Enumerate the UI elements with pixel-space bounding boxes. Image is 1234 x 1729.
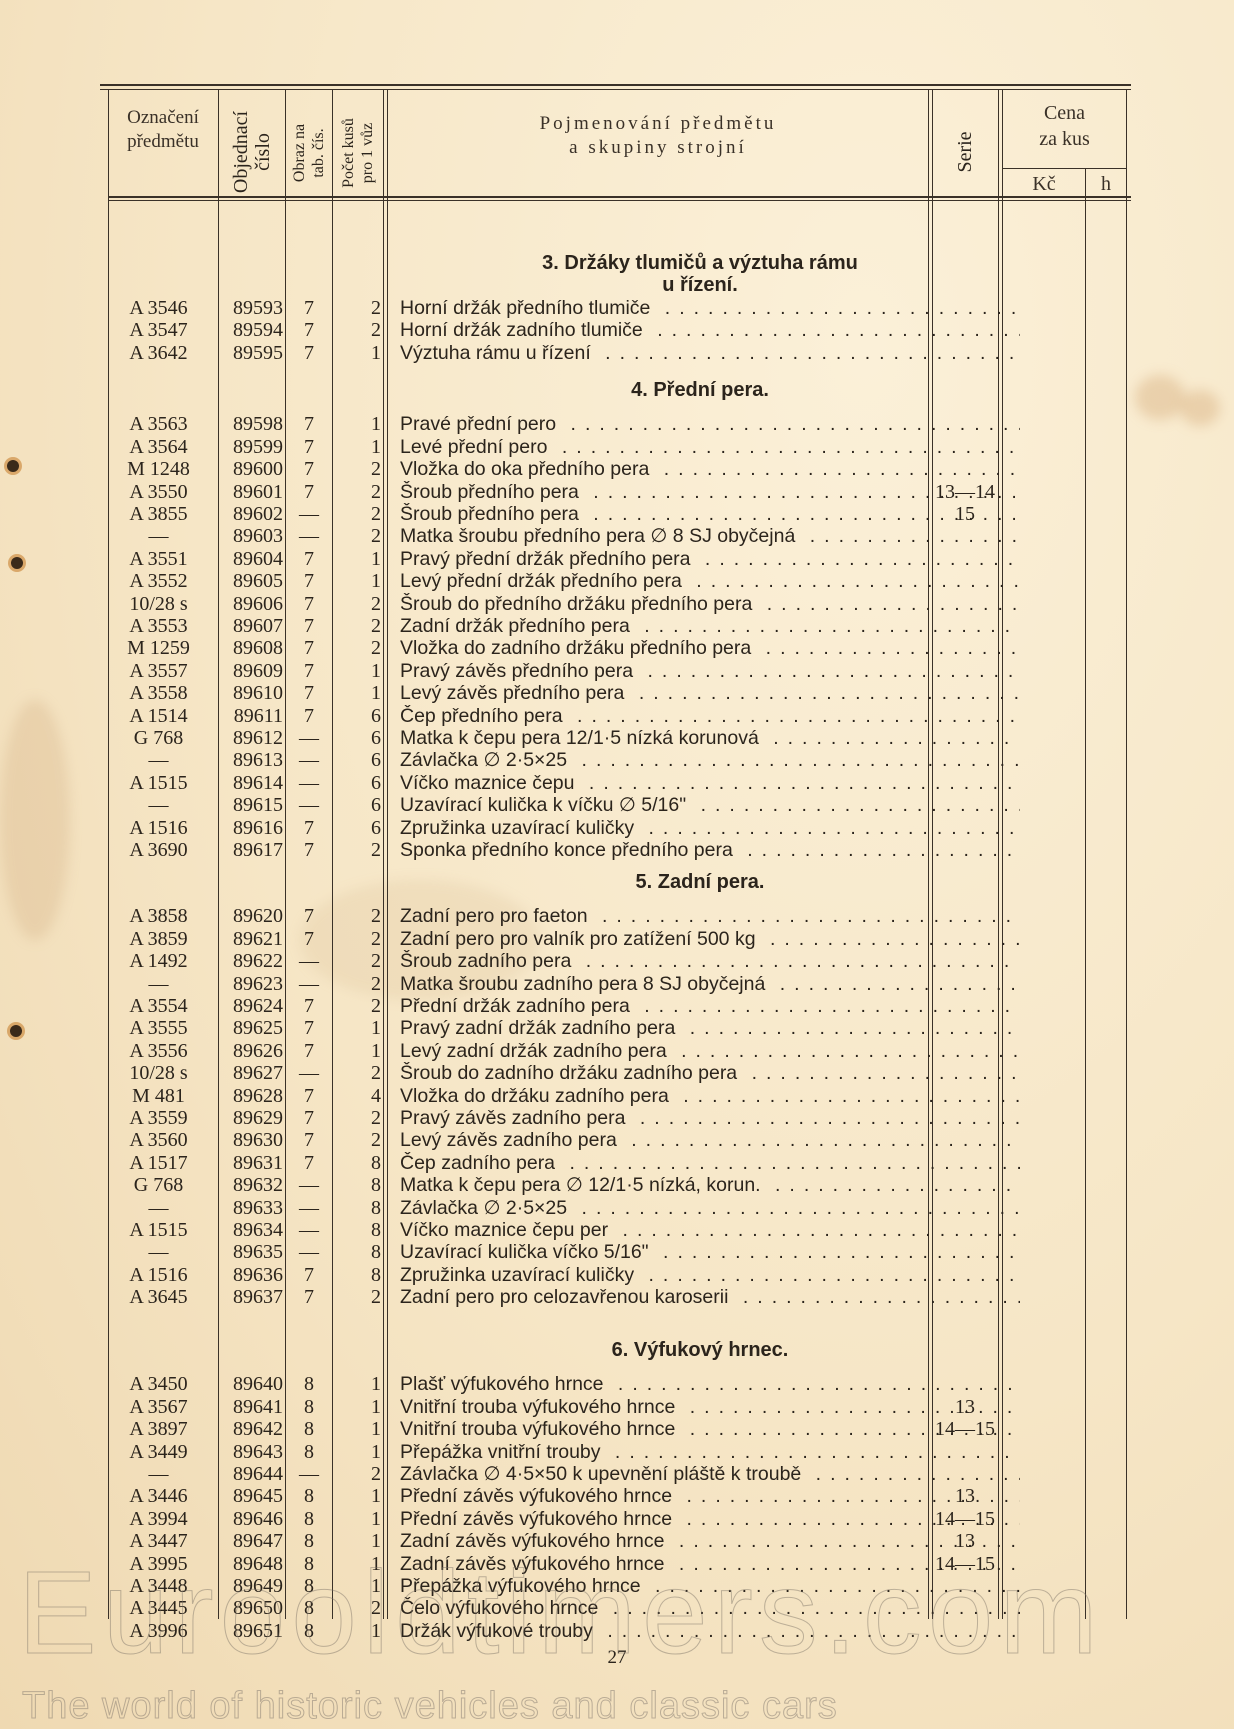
quantity: 1 xyxy=(333,1040,381,1062)
quantity: 2 xyxy=(333,905,381,927)
leader-dots: ........................................… xyxy=(761,1174,1020,1196)
figure-number: — xyxy=(285,749,333,771)
part-code: A 3563 xyxy=(100,413,217,435)
order-number: 89617 xyxy=(217,839,283,861)
figure-number: 7 xyxy=(285,928,333,950)
part-code: A 3897 xyxy=(100,1418,217,1440)
part-code: A 1515 xyxy=(100,1219,217,1241)
quantity: 8 xyxy=(333,1152,381,1174)
leader-dots: ........................................… xyxy=(667,1040,1020,1062)
part-name: Pravý přední držák předního pera .......… xyxy=(400,548,1020,570)
part-name-text: Pravý závěs zadního pera xyxy=(400,1107,625,1129)
order-number: 89636 xyxy=(217,1264,283,1286)
table-row: A 36428959571Výztuha rámu u řízení .....… xyxy=(100,342,1131,364)
figure-number: 8 xyxy=(285,1508,333,1530)
header-order-line2: číslo xyxy=(252,102,274,202)
top-rule xyxy=(100,89,1131,90)
part-name: Levé přední pero .......................… xyxy=(400,436,1020,458)
part-name: Šroub předního pera ....................… xyxy=(400,503,1020,525)
leader-dots: ........................................… xyxy=(588,905,1020,927)
leader-dots: ........................................… xyxy=(686,794,1020,816)
paper-stain xyxy=(1180,390,1220,426)
part-name: Závlačka ∅ 4·5×50 k upevnění pláště k tr… xyxy=(400,1463,1020,1485)
order-number: 89594 xyxy=(217,319,283,341)
part-name: Šroub předního pera ....................… xyxy=(400,481,1020,503)
figure-number: 7 xyxy=(285,1107,333,1129)
table-row: A 35678964181Vnitřní trouba výfukového h… xyxy=(100,1396,1131,1418)
serie: 14—15 xyxy=(930,1418,1000,1440)
part-code: A 3994 xyxy=(100,1508,217,1530)
part-code: A 3550 xyxy=(100,481,217,503)
serie: 15 xyxy=(930,503,1000,525)
part-name: Pravý závěs předního pera ..............… xyxy=(400,660,1020,682)
part-name: Horní držák předního tlumiče ...........… xyxy=(400,297,1020,319)
part-name: Pravé přední pero ......................… xyxy=(400,413,1020,435)
part-name: Zadní pero pro celozavřenou karoserii ..… xyxy=(400,1286,1020,1308)
part-name: Zpružinka uzavírací kuličky ............… xyxy=(400,1264,1020,1286)
table-row: —89623—2Matka šroubu zadního pera 8 SJ o… xyxy=(100,973,1131,995)
serie: 14—15 xyxy=(930,1508,1000,1530)
quantity: 1 xyxy=(333,548,381,570)
section-title: 6. Výfukový hrnec. xyxy=(390,1339,1010,1361)
part-name-text: Přední závěs výfukového hrnce xyxy=(400,1485,672,1507)
part-name-text: Čep předního pera xyxy=(400,705,563,727)
table-row: —89635—8Uzavírací kulička víčko 5/16" ..… xyxy=(100,1241,1131,1263)
figure-number: 7 xyxy=(285,319,333,341)
figure-number: 7 xyxy=(285,705,333,727)
figure-number: 7 xyxy=(285,682,333,704)
part-name-text: Vnitřní trouba výfukového hrnce xyxy=(400,1418,675,1440)
order-number: 89604 xyxy=(217,548,283,570)
part-name-text: Šroub zadního pera xyxy=(400,950,571,972)
leader-dots: ........................................… xyxy=(630,615,1020,637)
order-number: 89641 xyxy=(217,1396,283,1418)
part-code: G 768 xyxy=(100,1174,217,1196)
header-figure-line1: Obraz na xyxy=(290,103,309,203)
figure-number: 7 xyxy=(285,637,333,659)
table-row: 10/28 s8960672Šroub do předního držáku p… xyxy=(100,593,1131,615)
table-row: A 35538960772Zadní držák předního pera .… xyxy=(100,615,1131,637)
part-code: M 1248 xyxy=(100,458,217,480)
part-name: Pravý zadní držák zadního pera .........… xyxy=(400,1017,1020,1039)
header-price-kc: Kč xyxy=(1003,172,1085,196)
leader-dots: ........................................… xyxy=(563,705,1020,727)
figure-number: — xyxy=(285,503,333,525)
figure-number: — xyxy=(285,973,333,995)
figure-number: 7 xyxy=(285,615,333,637)
part-name: Vložka do držáku zadního pera ..........… xyxy=(400,1085,1020,1107)
table-row: A 38598962172Zadní pero pro valník pro z… xyxy=(100,928,1131,950)
table-row: A 35548962472Přední držák zadního pera .… xyxy=(100,995,1131,1017)
part-code: A 3560 xyxy=(100,1129,217,1151)
table-row: A 35518960471Pravý přední držák předního… xyxy=(100,548,1131,570)
table-row: A 39948964681Přední závěs výfukového hrn… xyxy=(100,1508,1131,1530)
part-name-text: Levý závěs předního pera xyxy=(400,682,624,704)
part-code: A 3859 xyxy=(100,928,217,950)
part-name-text: Pravý závěs předního pera xyxy=(400,660,633,682)
part-name-text: Levé přední pero xyxy=(400,436,547,458)
leader-dots: ........................................… xyxy=(567,749,1020,771)
part-code: A 3450 xyxy=(100,1373,217,1395)
figure-number: 7 xyxy=(285,1286,333,1308)
order-number: 89629 xyxy=(217,1107,283,1129)
header-order-line1: Objednací xyxy=(230,102,252,202)
quantity: 2 xyxy=(333,928,381,950)
part-name: Zadní pero pro valník pro zatížení 500 k… xyxy=(400,928,1020,950)
section-title: 4. Přední pera. xyxy=(390,379,1010,401)
part-code: — xyxy=(100,794,217,816)
leader-dots: ........................................… xyxy=(649,1241,1020,1263)
part-code: A 3858 xyxy=(100,905,217,927)
punch-hole xyxy=(11,557,23,569)
order-number: 89630 xyxy=(217,1129,283,1151)
header-price-line1: Cena xyxy=(1003,100,1126,126)
quantity: 1 xyxy=(333,660,381,682)
part-name: Závlačka ∅ 2·5×25 ......................… xyxy=(400,1197,1020,1219)
part-name-text: Zadní pero pro celozavřenou karoserii xyxy=(400,1286,728,1308)
leader-dots: ........................................… xyxy=(617,1129,1020,1151)
part-code: A 3552 xyxy=(100,570,217,592)
part-code: — xyxy=(100,1241,217,1263)
leader-dots: ........................................… xyxy=(547,436,1020,458)
order-number: 89642 xyxy=(217,1418,283,1440)
order-number: 89643 xyxy=(217,1441,283,1463)
leader-dots: ........................................… xyxy=(733,839,1020,861)
part-name-text: Víčko maznice čepu per xyxy=(400,1219,608,1241)
order-number: 89622 xyxy=(217,950,283,972)
part-code: A 3690 xyxy=(100,839,217,861)
figure-number: 7 xyxy=(285,1152,333,1174)
table-row: A 35588961071Levý závěs předního pera ..… xyxy=(100,682,1131,704)
part-name: Levý přední držák předního pera ........… xyxy=(400,570,1020,592)
part-code: A 3449 xyxy=(100,1441,217,1463)
leader-dots: ........................................… xyxy=(765,973,1020,995)
part-name-text: Pravý přední držák předního pera xyxy=(400,548,691,570)
quantity: 2 xyxy=(333,481,381,503)
table-row: M 12488960072Vložka do oka předního pera… xyxy=(100,458,1131,480)
part-name: Výztuha rámu u řízení ..................… xyxy=(400,342,1020,364)
order-number: 89621 xyxy=(217,928,283,950)
order-number: 89609 xyxy=(217,660,283,682)
order-number: 89615 xyxy=(217,794,283,816)
part-name-text: Šroub do zadního držáku zadního pera xyxy=(400,1062,737,1084)
figure-number: 7 xyxy=(285,817,333,839)
leader-dots: ........................................… xyxy=(801,1463,1020,1485)
figure-number: 7 xyxy=(285,1017,333,1039)
part-code: A 3553 xyxy=(100,615,217,637)
price-subheader-rule xyxy=(1003,168,1126,169)
order-number: 89620 xyxy=(217,905,283,927)
quantity: 1 xyxy=(333,342,381,364)
part-name-text: Šroub do předního držáku předního pera xyxy=(400,593,752,615)
part-name-text: Vložka do oka předního pera xyxy=(400,458,649,480)
quantity: 2 xyxy=(333,1286,381,1308)
part-name-text: Levý závěs zadního pera xyxy=(400,1129,617,1151)
part-name-text: Plašť výfukového hrnce xyxy=(400,1373,604,1395)
figure-number: — xyxy=(285,1197,333,1219)
figure-number: — xyxy=(285,1241,333,1263)
figure-number: 7 xyxy=(285,436,333,458)
table-row: —89613—6Závlačka ∅ 2·5×25 ..............… xyxy=(100,749,1131,771)
figure-number: — xyxy=(285,794,333,816)
order-number: 89627 xyxy=(217,1062,283,1084)
part-code: A 1514 xyxy=(100,705,217,727)
part-name-text: Vnitřní trouba výfukového hrnce xyxy=(400,1396,675,1418)
part-code: A 3558 xyxy=(100,682,217,704)
part-code: M 481 xyxy=(100,1085,217,1107)
order-number: 89633 xyxy=(217,1197,283,1219)
order-number: 89603 xyxy=(217,525,283,547)
part-code: A 1516 xyxy=(100,1264,217,1286)
order-number: 89601 xyxy=(217,481,283,503)
order-number: 89611 xyxy=(217,705,283,727)
part-code: A 3557 xyxy=(100,660,217,682)
leader-dots: ........................................… xyxy=(728,1286,1020,1308)
header-qty-line1: Počet kusů xyxy=(339,103,358,203)
part-name: Zadní pero pro faeton ..................… xyxy=(400,905,1020,927)
table-row: A 35558962571Pravý zadní držák zadního p… xyxy=(100,1017,1131,1039)
quantity: 6 xyxy=(333,772,381,794)
part-code: 10/28 s xyxy=(100,593,217,615)
table-row: G 76889612—6Matka k čepu pera 12/1·5 níz… xyxy=(100,727,1131,749)
quantity: 2 xyxy=(333,1062,381,1084)
section-title: 3. Držáky tlumičů a výztuha rámuu řízení… xyxy=(390,252,1010,296)
part-name-text: Matka šroubu zadního pera 8 SJ obyčejná xyxy=(400,973,765,995)
figure-number: 7 xyxy=(285,297,333,319)
part-code: — xyxy=(100,525,217,547)
order-number: 89635 xyxy=(217,1241,283,1263)
part-name-text: Přepážka vnitřní trouby xyxy=(400,1441,601,1463)
figure-number: — xyxy=(285,727,333,749)
quantity: 2 xyxy=(333,950,381,972)
leader-dots: ........................................… xyxy=(604,1373,1020,1395)
header-serie-label: Serie xyxy=(952,102,978,202)
table-row: G 76889632—8Matka k čepu pera ∅ 12/1·5 n… xyxy=(100,1174,1131,1196)
part-name: Matka k čepu pera 12/1·5 nízká korunová … xyxy=(400,727,1020,749)
leader-dots: ........................................… xyxy=(555,1152,1020,1174)
order-number: 89626 xyxy=(217,1040,283,1062)
table-row: A 34468964581Přední závěs výfukového hrn… xyxy=(100,1485,1131,1507)
part-code: A 3546 xyxy=(100,297,217,319)
part-code: A 3446 xyxy=(100,1485,217,1507)
quantity: 8 xyxy=(333,1241,381,1263)
order-number: 89634 xyxy=(217,1219,283,1241)
table-row: —89633—8Závlačka ∅ 2·5×25 ..............… xyxy=(100,1197,1131,1219)
part-name: Přední závěs výfukového hrnce ..........… xyxy=(400,1508,1020,1530)
quantity: 6 xyxy=(333,794,381,816)
part-name-text: Závlačka ∅ 4·5×50 k upevnění pláště k tr… xyxy=(400,1463,801,1485)
table-row: A 385589602—2Šroub předního pera .......… xyxy=(100,503,1131,525)
quantity: 2 xyxy=(333,1129,381,1151)
quantity: 1 xyxy=(333,682,381,704)
quantity: 1 xyxy=(333,436,381,458)
part-code: A 3551 xyxy=(100,548,217,570)
quantity: 2 xyxy=(333,593,381,615)
table-row: —89615—6Uzavírací kulička k víčku ∅ 5/16… xyxy=(100,794,1131,816)
figure-number: 7 xyxy=(285,1085,333,1107)
figure-number: — xyxy=(285,525,333,547)
order-number: 89605 xyxy=(217,570,283,592)
watermark-tagline: The world of historic vehicles and class… xyxy=(22,1685,838,1728)
leader-dots: ........................................… xyxy=(759,727,1020,749)
header-price-line2: za kus xyxy=(1003,126,1126,152)
section-title-line: 4. Přední pera. xyxy=(390,379,1010,401)
table-row: —89603—2Matka šroubu předního pera ∅ 8 S… xyxy=(100,525,1131,547)
part-code: G 768 xyxy=(100,727,217,749)
order-number: 89628 xyxy=(217,1085,283,1107)
table-row: A 35478959472Horní držák zadního tlumiče… xyxy=(100,319,1131,341)
table-row: A 34508964081Plašť výfukového hrnce ....… xyxy=(100,1373,1131,1395)
order-number: 89593 xyxy=(217,297,283,319)
part-name-text: Uzavírací kulička víčko 5/16" xyxy=(400,1241,649,1263)
top-rule xyxy=(100,84,1131,86)
quantity: 1 xyxy=(333,413,381,435)
quantity: 2 xyxy=(333,525,381,547)
quantity: 1 xyxy=(333,1017,381,1039)
table-row: A 38978964281Vnitřní trouba výfukového h… xyxy=(100,1418,1131,1440)
table-row: A 35608963072Levý závěs zadního pera ...… xyxy=(100,1129,1131,1151)
header-order: Objednací číslo xyxy=(230,102,274,202)
table-row: A 151589634—8Víčko maznice čepu per ....… xyxy=(100,1219,1131,1241)
part-name: Zpružinka uzavírací kuličky ............… xyxy=(400,817,1020,839)
quantity: 6 xyxy=(333,705,381,727)
figure-number: 7 xyxy=(285,1040,333,1062)
quantity: 6 xyxy=(333,817,381,839)
leader-dots: ........................................… xyxy=(669,1085,1020,1107)
header-qty-line2: pro 1 vůz xyxy=(358,103,377,203)
table-row: A 34498964381Přepážka vnitřní trouby ...… xyxy=(100,1441,1131,1463)
part-name-text: Zadní držák předního pera xyxy=(400,615,630,637)
quantity: 1 xyxy=(333,1373,381,1395)
quantity: 2 xyxy=(333,615,381,637)
table-row: A 35598962972Pravý závěs zadního pera ..… xyxy=(100,1107,1131,1129)
table-row: A 35578960971Pravý závěs předního pera .… xyxy=(100,660,1131,682)
header-name-line2: a skupiny strojní xyxy=(388,136,928,160)
quantity: 8 xyxy=(333,1197,381,1219)
quantity: 8 xyxy=(333,1174,381,1196)
header-price-h: h xyxy=(1086,172,1126,196)
part-name: Vnitřní trouba výfukového hrnce ........… xyxy=(400,1418,1020,1440)
table-row: 10/28 s89627—2Šroub do zadního držáku za… xyxy=(100,1062,1131,1084)
leader-dots: ........................................… xyxy=(630,995,1020,1017)
table-row: A 36908961772Sponka předního konce předn… xyxy=(100,839,1131,861)
table-row: A 35468959372Horní držák předního tlumič… xyxy=(100,297,1131,319)
order-number: 89640 xyxy=(217,1373,283,1395)
part-name-text: Uzavírací kulička k víčku ∅ 5/16" xyxy=(400,794,686,816)
order-number: 89624 xyxy=(217,995,283,1017)
part-name-text: Zadní pero pro faeton xyxy=(400,905,588,927)
part-name: Sponka předního konce předního pera ....… xyxy=(400,839,1020,861)
punch-hole xyxy=(10,1025,22,1037)
quantity: 2 xyxy=(333,1463,381,1485)
section-title-line: 3. Držáky tlumičů a výztuha rámu xyxy=(390,252,1010,274)
table-row: A 151589614—6Víčko maznice čepu ........… xyxy=(100,772,1131,794)
part-code: 10/28 s xyxy=(100,1062,217,1084)
order-number: 89606 xyxy=(217,593,283,615)
part-name-text: Výztuha rámu u řízení xyxy=(400,342,591,364)
figure-number: 8 xyxy=(285,1418,333,1440)
table-row: —89644—2Závlačka ∅ 4·5×50 k upevnění plá… xyxy=(100,1463,1131,1485)
table-row: A 35508960172Šroub předního pera .......… xyxy=(100,481,1131,503)
part-name: Levý závěs předního pera ...............… xyxy=(400,682,1020,704)
leader-dots: ........................................… xyxy=(650,297,1020,319)
figure-number: 8 xyxy=(285,1396,333,1418)
quantity: 1 xyxy=(333,1418,381,1440)
part-name: Pravý závěs zadního pera ...............… xyxy=(400,1107,1020,1129)
figure-number: 7 xyxy=(285,660,333,682)
header-name: Pojmenování předmětu a skupiny strojní xyxy=(388,112,928,160)
part-name-text: Zadní pero pro valník pro zatížení 500 k… xyxy=(400,928,756,950)
order-number: 89637 xyxy=(217,1286,283,1308)
order-number: 89644 xyxy=(217,1463,283,1485)
quantity: 1 xyxy=(333,1396,381,1418)
part-name: Závlačka ∅ 2·5×25 ......................… xyxy=(400,749,1020,771)
part-name: Plašť výfukového hrnce .................… xyxy=(400,1373,1020,1395)
figure-number: 7 xyxy=(285,481,333,503)
table-row: A 15148961176Čep předního pera .........… xyxy=(100,705,1131,727)
table-row: A 35638959871Pravé přední pero .........… xyxy=(100,413,1131,435)
leader-dots: ........................................… xyxy=(634,817,1020,839)
part-name-text: Šroub předního pera xyxy=(400,503,579,525)
order-number: 89612 xyxy=(217,727,283,749)
part-code: A 3855 xyxy=(100,503,217,525)
part-name-text: Horní držák předního tlumiče xyxy=(400,297,650,319)
leader-dots: ........................................… xyxy=(691,548,1020,570)
part-name: Uzavírací kulička víčko 5/16" ..........… xyxy=(400,1241,1020,1263)
figure-number: 7 xyxy=(285,593,333,615)
part-name-text: Vložka do držáku zadního pera xyxy=(400,1085,669,1107)
header-serie: Serie xyxy=(952,102,978,202)
figure-number: — xyxy=(285,1174,333,1196)
table-row: A 38588962072Zadní pero pro faeton .....… xyxy=(100,905,1131,927)
leader-dots: ........................................… xyxy=(571,950,1020,972)
part-code: M 1259 xyxy=(100,637,217,659)
part-name-text: Přední závěs výfukového hrnce xyxy=(400,1508,672,1530)
part-code: A 3559 xyxy=(100,1107,217,1129)
part-name-text: Šroub předního pera xyxy=(400,481,579,503)
part-code: — xyxy=(100,749,217,771)
order-number: 89632 xyxy=(217,1174,283,1196)
quantity: 2 xyxy=(333,1107,381,1129)
order-number: 89595 xyxy=(217,342,283,364)
leader-dots: ........................................… xyxy=(737,1062,1020,1084)
paper-stain xyxy=(1135,375,1185,420)
quantity: 2 xyxy=(333,458,381,480)
order-number: 89598 xyxy=(217,413,283,435)
quantity: 4 xyxy=(333,1085,381,1107)
order-number: 89602 xyxy=(217,503,283,525)
part-name-text: Čep zadního pera xyxy=(400,1152,555,1174)
part-name: Vnitřní trouba výfukového hrnce ........… xyxy=(400,1396,1020,1418)
part-name-text: Zpružinka uzavírací kuličky xyxy=(400,1264,634,1286)
quantity: 8 xyxy=(333,1219,381,1241)
part-code: — xyxy=(100,973,217,995)
part-name: Čep zadního pera .......................… xyxy=(400,1152,1020,1174)
header-figure-line2: tab. čís. xyxy=(309,103,328,203)
leader-dots: ........................................… xyxy=(649,458,1020,480)
table-row: A 15178963178Čep zadního pera ..........… xyxy=(100,1152,1131,1174)
figure-number: 7 xyxy=(285,1129,333,1151)
part-code: A 3556 xyxy=(100,1040,217,1062)
quantity: 2 xyxy=(333,973,381,995)
serie: 13—14 xyxy=(930,481,1000,503)
header-qty: Počet kusů pro 1 vůz xyxy=(339,103,377,203)
quantity: 2 xyxy=(333,637,381,659)
quantity: 1 xyxy=(333,1508,381,1530)
figure-number: 7 xyxy=(285,839,333,861)
part-name: Matka šroubu předního pera ∅ 8 SJ obyčej… xyxy=(400,525,1020,547)
leader-dots: ........................................… xyxy=(643,319,1020,341)
